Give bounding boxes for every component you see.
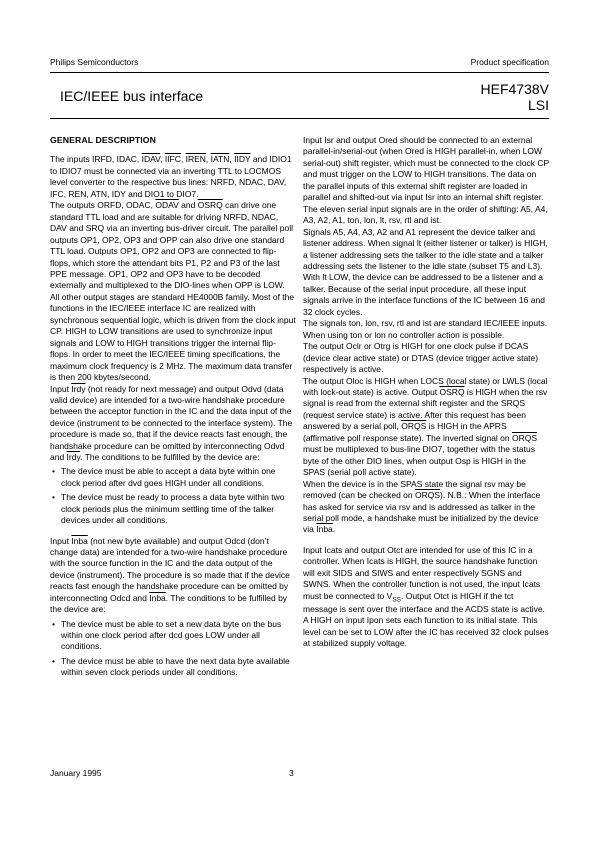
type-number: HEF4738V [481, 82, 549, 98]
left-column: GENERAL DESCRIPTION The inputs IRFD, IDA… [50, 135, 296, 679]
paragraph-inputs: The inputs IRFD, IDAC, IDAV, IIFC, IREN,… [50, 154, 296, 200]
paragraph-clock: All other output stages are standard HE4… [50, 292, 296, 384]
paragraph-icats-otct: Input Icats and output Otct are intended… [303, 545, 550, 650]
datasheet-page: Philips Semiconductors Product specifica… [0, 0, 595, 842]
section-heading: GENERAL DESCRIPTION [50, 135, 296, 146]
bullet-item: The device must be ready to process a da… [50, 492, 296, 526]
paragraph-oclr-otrg: The output Oclr or Otrg is HIGH for one … [303, 341, 550, 375]
bullet-list-inba: The device must be able to set a new dat… [50, 619, 296, 679]
type-number-block: HEF4738V LSI [481, 82, 549, 113]
running-head: Philips Semiconductors Product specifica… [50, 57, 549, 67]
paragraph-irdy-handshake: Input Irdy (not ready for next message) … [50, 384, 296, 464]
paragraph-outputs: The outputs ORFD, ODAC, ODAV and OSRQ ca… [50, 200, 296, 292]
publisher-name: Philips Semiconductors [50, 57, 138, 67]
page-title: IEC/IEEE bus interface [60, 89, 203, 104]
spec-type-label: Product specification [471, 57, 549, 67]
right-column: Input Isr and output Ored should be conn… [303, 135, 550, 650]
bullet-item: The device must be able to have the next… [50, 656, 296, 679]
footer-date: January 1995 [50, 768, 102, 778]
paragraph-address-signals: Signals A5, A4, A3, A2 and A1 represent … [303, 227, 550, 319]
bullet-item: The device must be able to accept a data… [50, 466, 296, 489]
paragraph-inba-handshake: Input Inba (not new byte available) and … [50, 536, 296, 616]
paragraph-oloc-osrq: The output Oloc is HIGH when LOCS (local… [303, 376, 550, 479]
paragraph-isr-ored: Input Isr and output Ored should be conn… [303, 135, 550, 227]
header-divider [50, 72, 549, 73]
bullet-item: The device must be able to set a new dat… [50, 619, 296, 653]
paragraph-ton-lon: The signals ton, lon, rsv, rtl and ist a… [303, 318, 550, 341]
bullet-list-irdy: The device must be able to accept a data… [50, 466, 296, 526]
page-number: 3 [289, 768, 294, 778]
title-divider [50, 118, 549, 119]
family-label: LSI [481, 98, 549, 114]
paragraph-spas-rsv: When the device is in the SPAS state the… [303, 479, 550, 536]
